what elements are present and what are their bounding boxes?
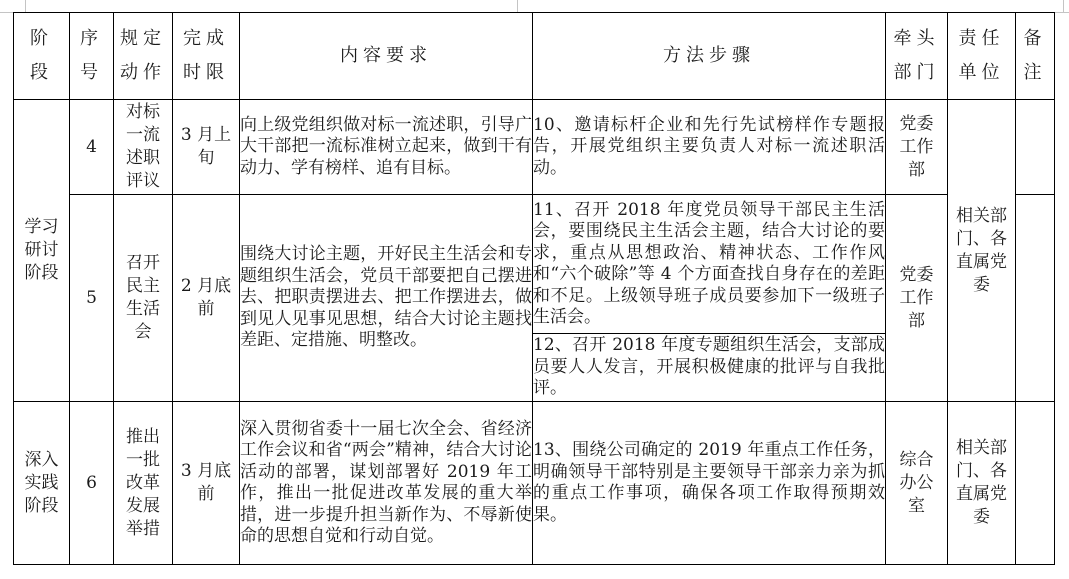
table-row: 深入 实践 阶段 6 推出 一批 改革 发展 举措 3 月底 前 深入贯彻省委十… (14, 402, 1055, 565)
responsible-cell: 相关部 门、各 直属党 委 (948, 402, 1016, 565)
deadline-cell: 2 月底 前 (173, 195, 240, 402)
seq-cell: 4 (70, 100, 114, 195)
table-header-row: 阶 段 序 号 规定 动作 完成 时限 内容要求 方法步骤 牵头 部门 责任 单… (14, 13, 1055, 100)
lead-cell: 综合 办公 室 (886, 402, 948, 565)
page-artifact-line (0, 12, 13, 13)
deadline-cell: 3 月上 旬 (173, 100, 240, 195)
content-cell: 深入贯彻省委十一届七次全会、省经济工作会议和省“两会”精神，结合大讨论活动的部署… (240, 402, 533, 565)
action-cell: 推出 一批 改革 发展 举措 (114, 402, 173, 565)
note-cell (1016, 195, 1055, 402)
page-artifact-line (25, 0, 26, 12)
header-cell-content: 内容要求 (240, 13, 533, 100)
work-plan-table: 阶 段 序 号 规定 动作 完成 时限 内容要求 方法步骤 牵头 部门 责任 单… (13, 12, 1055, 565)
document-page: 阶 段 序 号 规定 动作 完成 时限 内容要求 方法步骤 牵头 部门 责任 单… (0, 0, 1069, 579)
method-cell: 10、邀请标杆企业和先行先试榜样作专题报告，开展党组织主要负责人对标一流述职活动… (533, 100, 886, 195)
content-cell: 围绕大讨论主题，开好民主生活会和专题组织生活会，党员干部要把自己摆进去、把职责摆… (240, 195, 533, 402)
page-artifact-line (517, 0, 518, 12)
table-row: 5 召开 民主 生活 会 2 月底 前 围绕大讨论主题，开好民主生活会和专题组织… (14, 195, 1055, 334)
content-cell: 向上级党组织做对标一流述职，引导广大干部把一流标准树立起来，做到干有动力、学有榜… (240, 100, 533, 195)
page-artifact-line (1063, 0, 1064, 12)
stage-cell: 学习 研讨 阶段 (14, 100, 70, 402)
method-cell: 13、围绕公司确定的 2019 年重点工作任务，明确领导干部特别是主要领导干部亲… (533, 402, 886, 565)
header-cell-deadline: 完成 时限 (173, 13, 240, 100)
seq-cell: 6 (70, 402, 114, 565)
deadline-cell: 3 月底 前 (173, 402, 240, 565)
method-cell: 12、召开 2018 年度专题组织生活会，支部成员要人人发言，开展积极健康的批评… (533, 334, 886, 402)
header-cell-lead: 牵头 部门 (886, 13, 948, 100)
header-cell-seq: 序 号 (70, 13, 114, 100)
lead-cell: 党委 工作 部 (886, 195, 948, 402)
action-cell: 召开 民主 生活 会 (114, 195, 173, 402)
header-cell-method: 方法步骤 (533, 13, 886, 100)
header-cell-action: 规定 动作 (114, 13, 173, 100)
stage-cell: 深入 实践 阶段 (14, 402, 70, 565)
header-cell-note: 备 注 (1016, 13, 1055, 100)
table-row: 学习 研讨 阶段 4 对标 一流 述职 评议 3 月上 旬 向上级党组织做对标一… (14, 100, 1055, 195)
method-cell: 11、召开 2018 年度党员领导干部民主生活会，要围绕民主生活会主题，结合大讨… (533, 195, 886, 334)
responsible-cell: 相关部 门、各 直属党 委 (948, 100, 1016, 402)
lead-cell: 党委 工作 部 (886, 100, 948, 195)
note-cell (1016, 402, 1055, 565)
page-artifact-line (1055, 12, 1069, 13)
action-cell: 对标 一流 述职 评议 (114, 100, 173, 195)
note-cell (1016, 100, 1055, 195)
header-cell-stage: 阶 段 (14, 13, 70, 100)
seq-cell: 5 (70, 195, 114, 402)
header-cell-responsible: 责任 单位 (948, 13, 1016, 100)
